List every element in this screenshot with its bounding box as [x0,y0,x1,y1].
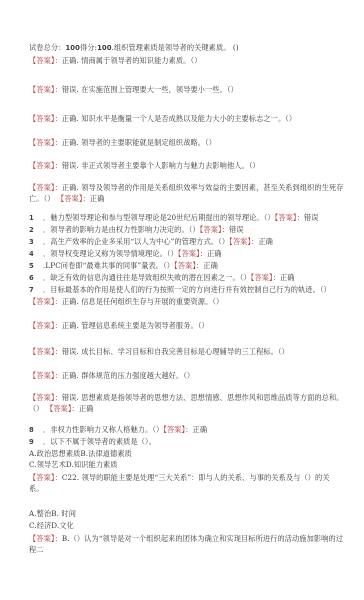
item-text: ．缺乏有效的信息沟通往往是导致组织失败的潜在因素之一。（） [43,273,251,282]
answer-text: ：错误. 非正式领导者主要靠个人影响力与魅力去影响他人。（） [55,161,260,170]
item-text: .LPC问卷即“最难共事的同事”量表。（） [43,261,174,270]
item-number: 4 [29,249,43,260]
answer-tag: 【答案】 [29,321,55,330]
answer-text: ：错误. 成长目标、学习目标和自我完善目标是心理辅导的三工程标。（） [55,347,289,356]
numbered-item: 6．缺乏有效的信息沟通往往是导致组织失败的潜在因素之一。（）【答案】：正确 [29,272,344,284]
answer-line: 【答案】：正确. 群体规范的压力强度越大越好。（） [29,370,344,381]
answer-tag: 【答案】 [29,114,55,123]
item-text: ．目标最基本的作用是使人们的行为按照一定的方向进行并有效控制自己行为的轨迹。（） [43,285,331,294]
answer-tag: 【答案】 [29,371,55,380]
answer-tag: 【答案】 [29,297,55,306]
answer-text: ：正确. 知识水平是衡量一个人是否成熟以及能力大小的主要标志之一。（） [55,114,297,123]
answer-tag: 【答案】 [275,213,297,222]
numbered-item: 9．以下不属于领导者的素质是（）。 [29,436,344,448]
answer-tag: 【答案】 [29,347,55,356]
answer-text: ：B.（）认为“领导是对一个组织起来的团体为确立和实现目标所进行的活动施加影响的… [29,534,343,554]
answer-text: ：正确. 领导者的主要职能就是制定组织战略。（） [55,138,217,147]
answer-line: 【答案】：正确. 管理信息系统主要是为领导者服务。（） [29,320,344,331]
answer-tag: 【答案】 [29,161,55,170]
answer-tag: 【答案】 [29,85,55,94]
answer-line: 【答案】：正确. 领导及领导者的作用是关系组织效率与效益的主要因素，甚至关系到组… [29,182,344,204]
answer-tag: 【答案】 [163,425,185,434]
item-number: 9 [29,437,43,448]
answer-text: ：正确 [196,261,218,270]
item-number: 6 [29,273,43,284]
score-total: 100 [65,44,80,52]
answer-text: ：正确 [200,249,222,258]
exam-header: 试卷总分：100得分:100.组织管理素质是领导者的关键素质。 () [29,42,344,54]
answer-text: ：正确. 群体规范的压力强度越大越好。（） [55,371,195,380]
answer-line: 【答案】：错误. 思想素质是指领导者的思想方法、思想情感、思想作风和思维品质等方… [29,392,344,414]
answer-text: ：正确 [273,273,295,282]
answer-line: 【答案】：B.（）认为“领导是对一个组织起来的团体为确立和实现目标所进行的活动施… [29,533,344,555]
answer-text: ：正确. 管理信息系统主要是为领导者服务。（） [55,321,209,330]
answer-text: ：正确 [83,194,105,203]
answer-text: ：错误 [222,225,244,234]
numbered-item: 8．非权力性影响力又称人格魅力。（）【答案】：正确 [29,424,344,436]
answer-text: ：错误. 在实施范围上管理要大一些，领导要小一些。（） [55,85,238,94]
numbered-item: 5.LPC问卷即“最难共事的同事”量表。（）【答案】：正确 [29,260,344,272]
answer-tag: 【答案】 [29,138,55,147]
answer-text: ：正确 [251,237,273,246]
answer-line: 【答案】：错误. 成长目标、学习目标和自我完善目标是心理辅导的三工程标。（） [29,346,344,357]
answer-tag: 【答案】 [178,249,200,258]
answer-tag: 【答案】 [57,194,83,203]
answer-tag: 【答案】 [29,534,55,543]
item-text: ．领导权变理论又称为领导情境理论。（） [43,249,178,258]
answer-line: 【答案】：正确. 领导者的主要职能就是制定组织战略。（） [29,137,344,148]
answer-text: ：错误 [297,213,319,222]
score-label: 试卷总分： [29,43,65,52]
item-number: 3 [29,237,43,248]
answer-tag: 【答案】 [29,473,55,482]
answer-tag: 【答案】 [29,56,55,65]
answer-line: 【答案】：C22. 领导的职能主要是处理“三大关系”：即与人的关系、与事的关系及… [29,472,344,494]
answer-tag: 【答案】 [29,183,55,192]
numbered-item: 7．目标最基本的作用是使人们的行为按照一定的方向进行并有效控制自己行为的轨迹。（… [29,284,344,296]
item-number: 5 [29,261,43,272]
answer-text: ：C22. 领导的职能主要是处理“三大关系”：即与人的关系、与事的关系及与（）的… [29,473,330,493]
answer-text: ：正确 [72,404,94,413]
item-text: ．高生产效率的企业多采用“以人为中心”的管理方式。（） [43,237,229,246]
numbered-item: 4．领导权变理论又称为领导情境理论。（）【答案】：正确 [29,248,344,260]
option-line: A.整治B. 时间 [29,508,344,519]
item-number: 7 [29,285,43,296]
answer-text: ：正确. 情商属于领导者的知识能力素质。（） [55,56,202,65]
question-text: .组织管理素质是领导者的关键素质。 () [112,43,239,52]
answer-tag: 【答案】 [200,225,222,234]
item-text: ．领导者的影响力是由权力性影响力决定的。（） [43,225,200,234]
numbered-item: 2．领导者的影响力是由权力性影响力决定的。（）【答案】：错误 [29,224,344,236]
answer-tag: 【答案】 [251,273,273,282]
answer-line: 【答案】：正确. 信息是任何组织生存与开展的重要资源。（） [29,296,344,307]
answer-line: 【答案】：错误. 非正式领导者主要靠个人影响力与魅力去影响他人。（） [29,160,344,171]
answer-text: ：正确 [185,425,207,434]
item-number: 2 [29,225,43,236]
answer-line: 【答案】：正确. 知识水平是衡量一个人是否成熟以及能力大小的主要标志之一。（） [29,113,344,124]
answer-tag: 【答案】 [174,261,196,270]
score-got: 100 [97,44,112,52]
answer-tag: 【答案】 [229,237,251,246]
item-number: 8 [29,425,43,436]
option-line: C.经济D.文化 [29,520,344,531]
answer-text: ：正确. 信息是任何组织生存与开展的重要资源。（） [55,297,224,306]
answer-tag: 【答案】 [29,393,55,402]
numbered-item: 3．高生产效率的企业多采用“以人为中心”的管理方式。（）【答案】：正确 [29,236,344,248]
option-line: A.政治思想素质B.法律道德素质 [29,448,344,459]
score-got-label: 得分: [80,43,97,52]
numbered-item: 1．魅力型领导理论和参与型领导理论是20世纪后期提出的领导理论。（）【答案】：错… [29,212,344,224]
item-text: ．非权力性影响力又称人格魅力。（） [43,425,163,434]
answer-tag: 【答案】 [46,404,72,413]
item-text: ．以下不属于领导者的素质是（）。 [43,437,156,446]
item-number: 1 [29,213,43,224]
option-line: C.领导艺术D.知识能力素质 [29,459,344,470]
answer-line: 【答案】：错误. 在实施范围上管理要大一些，领导要小一些。（） [29,84,344,95]
exam-document-page: 试卷总分：100得分:100.组织管理素质是领导者的关键素质。 () 【答案】：… [0,0,364,600]
answer-line: 【答案】：正确. 情商属于领导者的知识能力素质。（） [29,55,344,66]
item-text: ．魅力型领导理论和参与型领导理论是20世纪后期提出的领导理论。（） [43,213,275,222]
